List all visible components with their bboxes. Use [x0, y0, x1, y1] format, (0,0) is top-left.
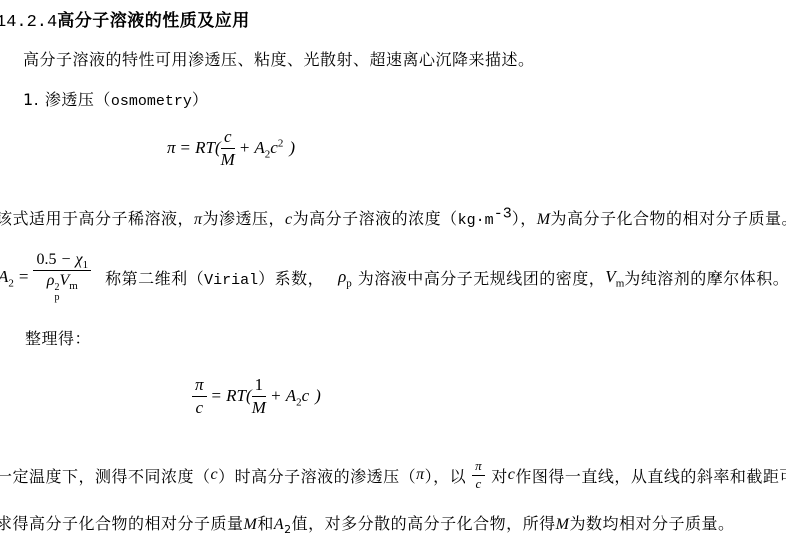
text-segment: 一定温度下，测得不同浓度（ — [0, 464, 211, 487]
pi-symbol: π — [416, 466, 425, 484]
A-subscript: 2 — [284, 523, 292, 536]
text-segment: ），以 — [425, 464, 467, 487]
c-symbol: c — [508, 466, 516, 484]
fraction-c-over-M: c M — [221, 127, 235, 169]
M-symbol: M — [537, 211, 551, 228]
text-segment: 对 — [491, 464, 508, 487]
text-segment: ）时高分子溶液的渗透压（ — [218, 464, 416, 487]
Vm-inline: Vm — [605, 267, 624, 287]
c-symbol: c — [302, 386, 310, 405]
section-1-heading: 1. 渗透压（osmometry） — [23, 87, 208, 110]
rt-term: RT — [226, 386, 246, 406]
osmotic-pressure-formula: π = RT ( c M + A2c2 ) — [167, 126, 295, 170]
V-symbol: V — [605, 267, 615, 286]
M-symbol: M — [244, 516, 258, 533]
page-title: 14.2.4高分子溶液的性质及应用 — [0, 6, 250, 32]
text-segment: 为渗透压， — [203, 209, 286, 228]
virial-fraction-denominator: ρ2pVm — [33, 271, 91, 303]
virial-fraction: 0.5−χ1 ρ2pVm — [33, 251, 91, 303]
text-segment: 求得高分子化合物的相对分子质量 — [0, 514, 244, 533]
c-symbol: c — [211, 466, 219, 484]
conclusion-line-1: 一定温度下，测得不同浓度（ c ）时高分子溶液的渗透压（ π ），以 π c 对… — [0, 452, 786, 498]
second-virial-term: A2c — [286, 386, 309, 406]
conclusion-line-2: 求得高分子化合物的相对分子质量M和A2值，对多分散的高分子化合物，所得M为数均相… — [0, 511, 735, 534]
c-superscript: 2 — [278, 137, 284, 149]
text-segment: 称第二维利（ — [105, 269, 204, 288]
c-symbol: c — [285, 211, 293, 228]
fraction-denominator: M — [252, 397, 267, 418]
fraction-pi-over-c: π c — [192, 375, 207, 417]
section-1-heading-post: ） — [192, 90, 209, 109]
equals-sign: = — [207, 386, 227, 406]
virial-name-text: 称第二维利（Virial）系数， — [105, 266, 324, 289]
section-title-text: 高分子溶液的性质及应用 — [57, 11, 250, 31]
section-1-heading-latin: osmometry — [111, 93, 192, 110]
right-paren: ) — [315, 386, 321, 406]
pi-symbol: π — [194, 211, 203, 228]
molar-volume-text: 为纯溶剂的摩尔体积。 — [624, 266, 786, 289]
fraction-denominator: c — [192, 397, 207, 418]
applicability-paragraph: 该式适用于高分子稀溶液，π为渗透压，c为高分子溶液的浓度（kg·m-3），M为高… — [0, 206, 786, 229]
unit-exponent: -3 — [494, 206, 512, 223]
c-symbol: c — [270, 138, 278, 157]
text-segment: ）， — [512, 209, 537, 228]
text-segment: 值，对多分散的高分子化合物，所得 — [292, 514, 556, 533]
virial-fraction-numerator: 0.5−χ1 — [33, 251, 91, 271]
pi-symbol: π — [167, 138, 176, 158]
intro-paragraph: 高分子溶液的特性可用渗透压、粘度、光散射、超速离心沉降来描述。 — [23, 47, 535, 70]
plus-sign: + — [235, 138, 255, 158]
rho-p-inline: ρp — [338, 267, 352, 287]
equals-sign: = — [176, 138, 196, 158]
V-subscript: m — [616, 277, 625, 289]
density-text: 为溶液中高分子无规线团的密度， — [358, 266, 606, 289]
virial-latin: Virial — [204, 272, 258, 289]
text-segment: 作图得一直线，从直线的斜率和截距可 — [515, 464, 786, 487]
text-segment: 和 — [257, 514, 274, 533]
inline-fraction-pi-over-c: π c — [472, 459, 485, 492]
A-symbol: A — [254, 138, 264, 157]
section-1-heading-pre: 1. 渗透压（ — [23, 90, 111, 109]
rho-subscript: p — [54, 293, 59, 303]
second-virial-term: A2c2 — [254, 138, 283, 158]
rho-subscript: p — [346, 277, 352, 289]
M-symbol: M — [556, 516, 570, 533]
chi-symbol: χ — [76, 251, 83, 268]
chi-subscript: 1 — [83, 259, 89, 271]
fraction-numerator: π — [192, 375, 207, 397]
fraction-numerator: c — [221, 127, 235, 149]
equals-sign: = — [14, 267, 34, 286]
fraction-denominator: c — [472, 476, 485, 492]
V-subscript: m — [69, 280, 78, 292]
V-symbol: V — [59, 272, 69, 289]
rearrange-label: 整理得： — [25, 326, 91, 349]
number-0-5: 0.5 — [36, 251, 56, 268]
minus-sign: − — [56, 251, 75, 268]
virial-coefficient-line: A2= 0.5−χ1 ρ2pVm 称第二维利（Virial）系数， ρp 为溶液… — [0, 249, 786, 305]
right-paren: ) — [289, 138, 295, 158]
fraction-denominator: M — [221, 149, 235, 170]
text-segment: 为高分子溶液的浓度（ — [293, 209, 458, 228]
text-segment: 该式适用于高分子稀溶液， — [0, 209, 194, 228]
plus-sign: + — [266, 386, 286, 406]
document-page: 14.2.4高分子溶液的性质及应用 高分子溶液的特性可用渗透压、粘度、光散射、超… — [0, 0, 786, 544]
text-segment: 为高分子化合物的相对分子质量。 — [551, 209, 786, 228]
section-number: 14.2.4 — [0, 13, 57, 32]
text-segment: 为数均相对分子质量。 — [569, 514, 734, 533]
rt-term: RT — [195, 138, 215, 158]
text-segment: ）系数， — [258, 269, 324, 288]
fraction-numerator: 1 — [252, 375, 267, 397]
A-symbol: A — [274, 516, 284, 533]
A-symbol: A — [286, 386, 296, 405]
A2-lhs: A2= — [0, 267, 33, 287]
fraction-1-over-M: 1 M — [252, 375, 267, 417]
unit-kg-per-m3: kg·m — [458, 212, 494, 229]
rearranged-formula: π c = RT ( 1 M + A2c ) — [192, 372, 321, 420]
rho-symbol: ρ — [47, 272, 55, 289]
fraction-numerator: π — [472, 459, 485, 476]
